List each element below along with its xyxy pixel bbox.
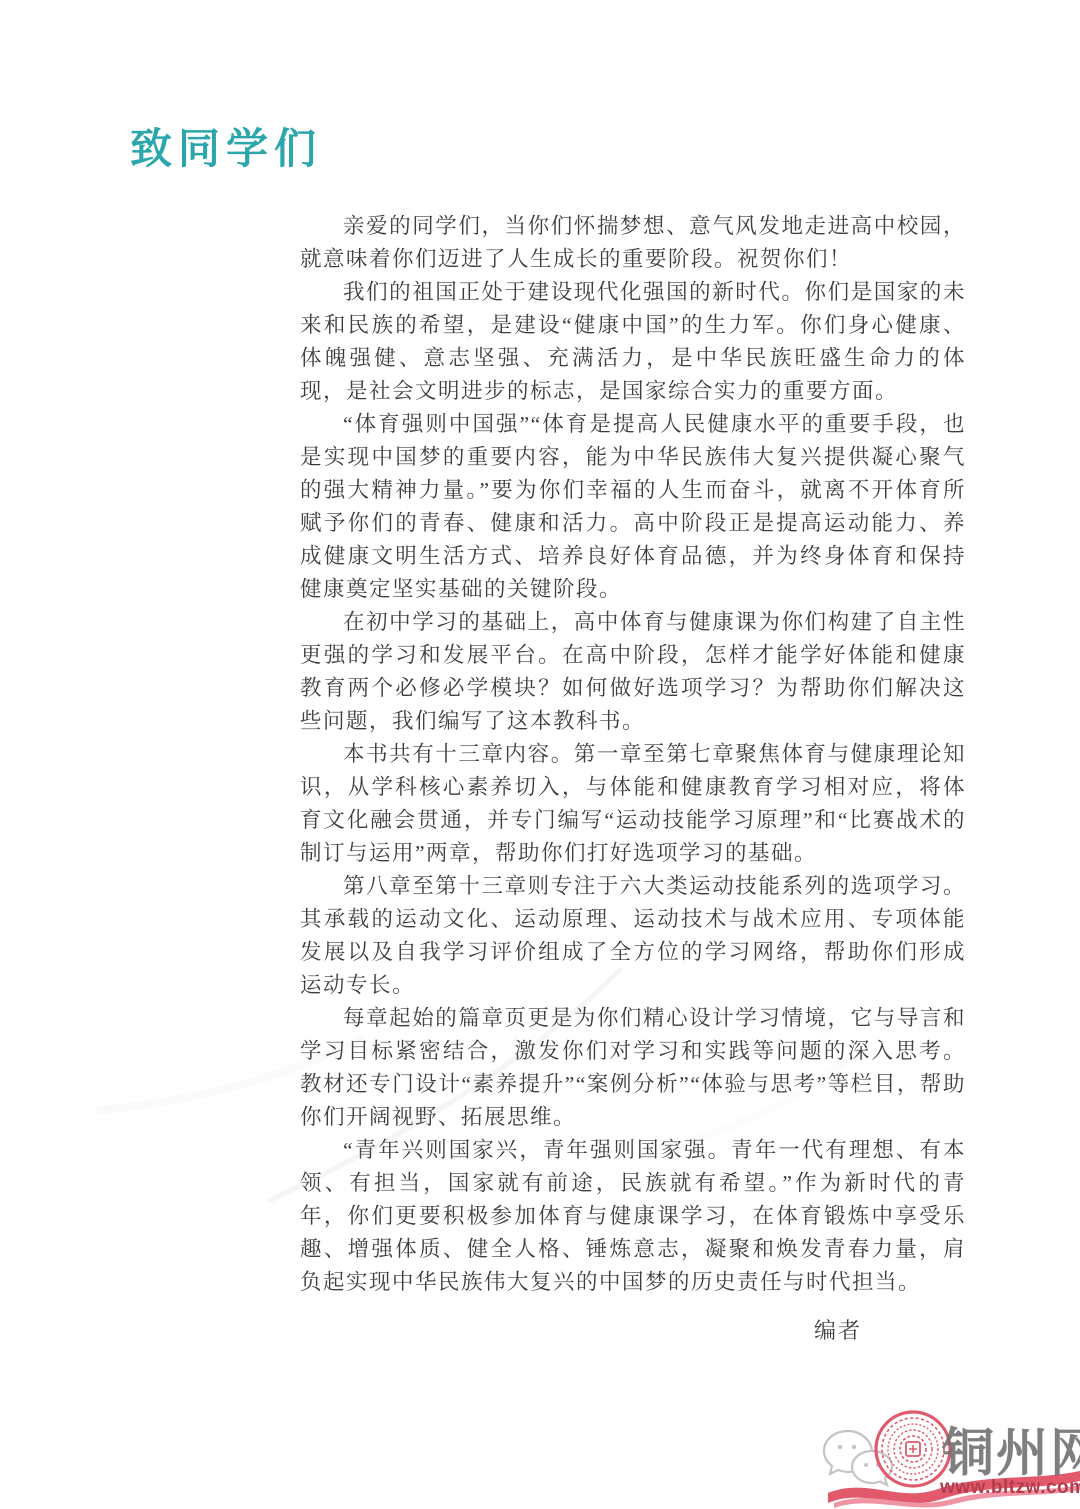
paragraph-6: 第八章至第十三章则专注于六大类运动技能系列的选项学习。其承载的运动文化、运动原理… [300, 870, 966, 1002]
site-name: 铜州网 [942, 1411, 1080, 1486]
site-watermark: 铜州网 www.bltzw.com [820, 1417, 1080, 1509]
paragraph-3: “体育强则中国强”“体育是提高人民健康水平的重要手段，也是实现中国梦的重要内容，… [300, 408, 966, 606]
paragraph-5: 本书共有十三章内容。第一章至第七章聚焦体育与健康理论知识，从学科核心素养切入，与… [300, 738, 966, 870]
book-page: 致同学们 亲爱的同学们，当你们怀揣梦想、意气风发地走进高中校园，就意味着你们迈进… [0, 0, 1080, 1509]
paragraph-4: 在初中学习的基础上，高中体育与健康课为你们构建了自主性更强的学习和发展平台。在高… [300, 606, 966, 738]
letter-body: 亲爱的同学们，当你们怀揣梦想、意气风发地走进高中校园，就意味着你们迈进了人生成长… [300, 210, 966, 1299]
paragraph-8: “青年兴则国家兴，青年强则国家强。青年一代有理想、有本领、有担当，国家就有前途，… [300, 1134, 966, 1299]
paragraph-7: 每章起始的篇章页更是为你们精心设计学习情境，它与导言和学习目标紧密结合，激发你们… [300, 1002, 966, 1134]
site-url: www.bltzw.com [940, 1477, 1080, 1499]
signature: 编者 [300, 1314, 862, 1345]
paragraph-1: 亲爱的同学们，当你们怀揣梦想、意气风发地走进高中校园，就意味着你们迈进了人生成长… [300, 210, 966, 276]
page-title: 致同学们 [130, 116, 322, 176]
paragraph-2: 我们的祖国正处于建设现代化强国的新时代。你们是国家的未来和民族的希望，是建设“健… [300, 276, 966, 408]
